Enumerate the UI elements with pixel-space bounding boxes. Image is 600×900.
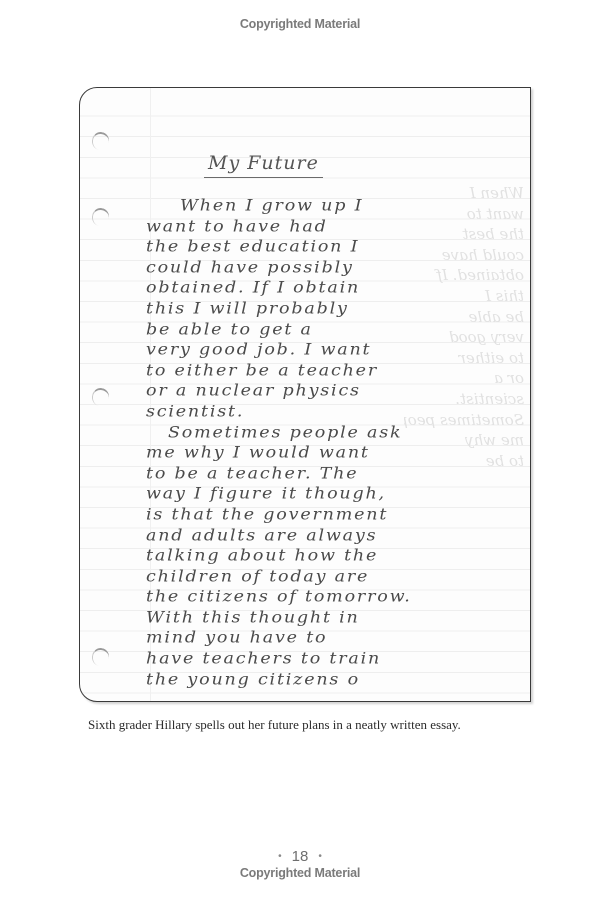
essay-line: way I figure it though, bbox=[146, 485, 526, 504]
copyright-watermark-top: Copyrighted Material bbox=[0, 17, 600, 31]
bullet-icon: • bbox=[278, 851, 282, 862]
copyright-watermark-bottom: Copyrighted Material bbox=[0, 866, 600, 880]
essay-line: to either be a teacher bbox=[146, 362, 526, 381]
essay-line: or a nuclear physics bbox=[146, 382, 526, 401]
essay-line: talking about how the bbox=[146, 547, 526, 566]
essay-line: and adults are always bbox=[146, 526, 526, 545]
essay-line: the best education I bbox=[146, 238, 526, 257]
essay-line: children of today are bbox=[146, 568, 526, 587]
essay-line: the citizens of tomorrow. bbox=[146, 588, 526, 607]
page-footer: •18• bbox=[0, 848, 600, 865]
essay-line: could have possibly bbox=[146, 259, 526, 278]
essay-body: When I grow up Iwant to have hadthe best… bbox=[146, 196, 526, 690]
essay-line: is that the government bbox=[146, 506, 526, 525]
figure-caption: Sixth grader Hillary spells out her futu… bbox=[88, 717, 461, 733]
essay-line: me why I would want bbox=[146, 444, 526, 463]
essay-line: the young citizens o bbox=[146, 670, 526, 689]
essay-line: With this thought in bbox=[146, 609, 526, 628]
essay-line: obtained. If I obtain bbox=[146, 279, 526, 298]
essay-figure: When I want to the best could have obtai… bbox=[79, 87, 531, 702]
handwritten-essay: My Future When I grow up Iwant to have h… bbox=[146, 150, 526, 690]
essay-line: have teachers to train bbox=[146, 650, 526, 669]
essay-line: When I grow up I bbox=[146, 197, 526, 216]
essay-line: be able to get a bbox=[146, 320, 526, 339]
essay-line: to be a teacher. The bbox=[146, 465, 526, 484]
essay-line: this I will probably bbox=[146, 300, 526, 319]
essay-line: very good job. I want bbox=[146, 341, 526, 360]
essay-title: My Future bbox=[204, 150, 323, 178]
bullet-icon: • bbox=[318, 851, 322, 862]
essay-line: scientist. bbox=[146, 403, 526, 422]
essay-line: want to have had bbox=[146, 217, 526, 236]
page-number: 18 bbox=[292, 848, 309, 865]
essay-line: Sometimes people ask bbox=[146, 423, 526, 442]
essay-line: mind you have to bbox=[146, 629, 526, 648]
